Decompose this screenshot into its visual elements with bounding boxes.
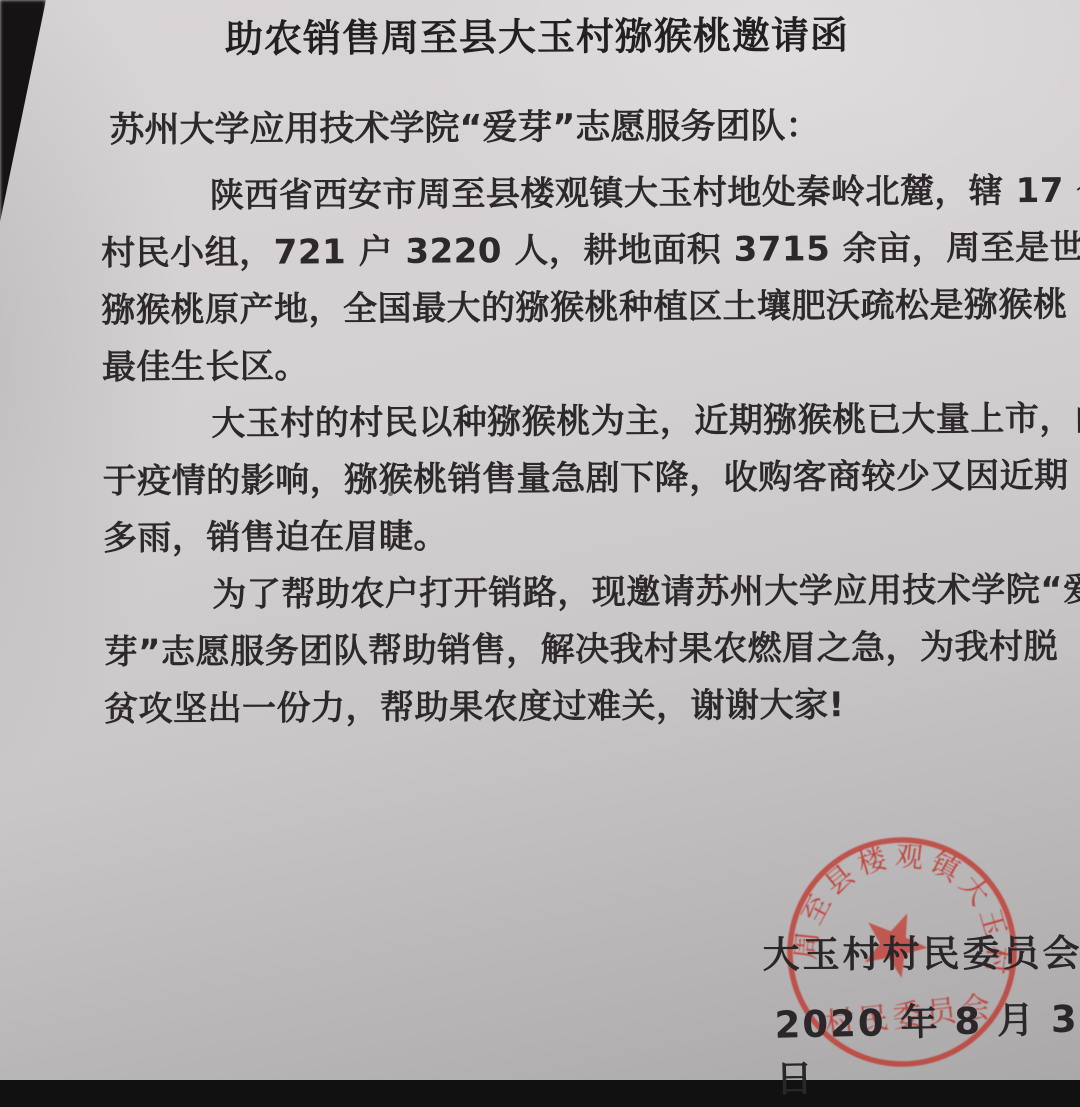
paper-speck	[388, 492, 393, 496]
letter-line-9: 芽”志愿服务团队帮助销售，解决我村果农燃眉之急，为我村脱	[1, 619, 1080, 683]
letter-line-7: 多雨，销售迫在眉睫。	[0, 505, 1080, 569]
letter-line-5: 大玉村的村民以种猕猴桃为主，近期猕猴桃已大量上市，由	[0, 391, 1079, 455]
letter-signature: 大玉村村民委员会	[762, 923, 1080, 979]
letter-date: 2020 年 8 月 3 日	[774, 989, 1080, 1080]
letter-line-8: 为了帮助农户打开销路，现邀请苏州大学应用技术学院“爱	[0, 562, 1080, 626]
letter-line-10: 贫攻坚出一份力，帮助果农度过难关，谢谢大家!	[1, 676, 1080, 740]
letter-title: 助农销售周至县大玉村猕猴桃邀请函	[0, 0, 1077, 65]
letter-body: 陕西省西安市周至县楼观镇大玉村地处秦岭北麓，辖 17 个 村民小组，721 户 …	[0, 163, 1080, 740]
letter-line-2: 村民小组，721 户 3220 人，耕地面积 3715 余亩，周至是世界	[0, 220, 1078, 284]
letter-salutation: 苏州大学应用技术学院“爱芽”志愿服务团队：	[0, 101, 1078, 156]
letter-line-3: 猕猴桃原产地，全国最大的猕猴桃种植区土壤肥沃疏松是猕猴桃	[0, 277, 1079, 341]
letter-line-1: 陕西省西安市周至县楼观镇大玉村地处秦岭北麓，辖 17 个	[0, 163, 1078, 227]
letter-line-4: 最佳生长区。	[0, 334, 1079, 398]
invitation-letter: 助农销售周至县大玉村猕猴桃邀请函 苏州大学应用技术学院“爱芽”志愿服务团队： 陕…	[0, 0, 1080, 1080]
letter-line-6: 于疫情的影响，猕猴桃销售量急剧下降，收购客商较少又因近期	[0, 448, 1080, 512]
photographed-document: 周至县楼观镇大玉村 村民委员会 助农销售周至县大玉村猕猴桃邀请函 苏州大学应用技…	[0, 0, 1080, 1080]
